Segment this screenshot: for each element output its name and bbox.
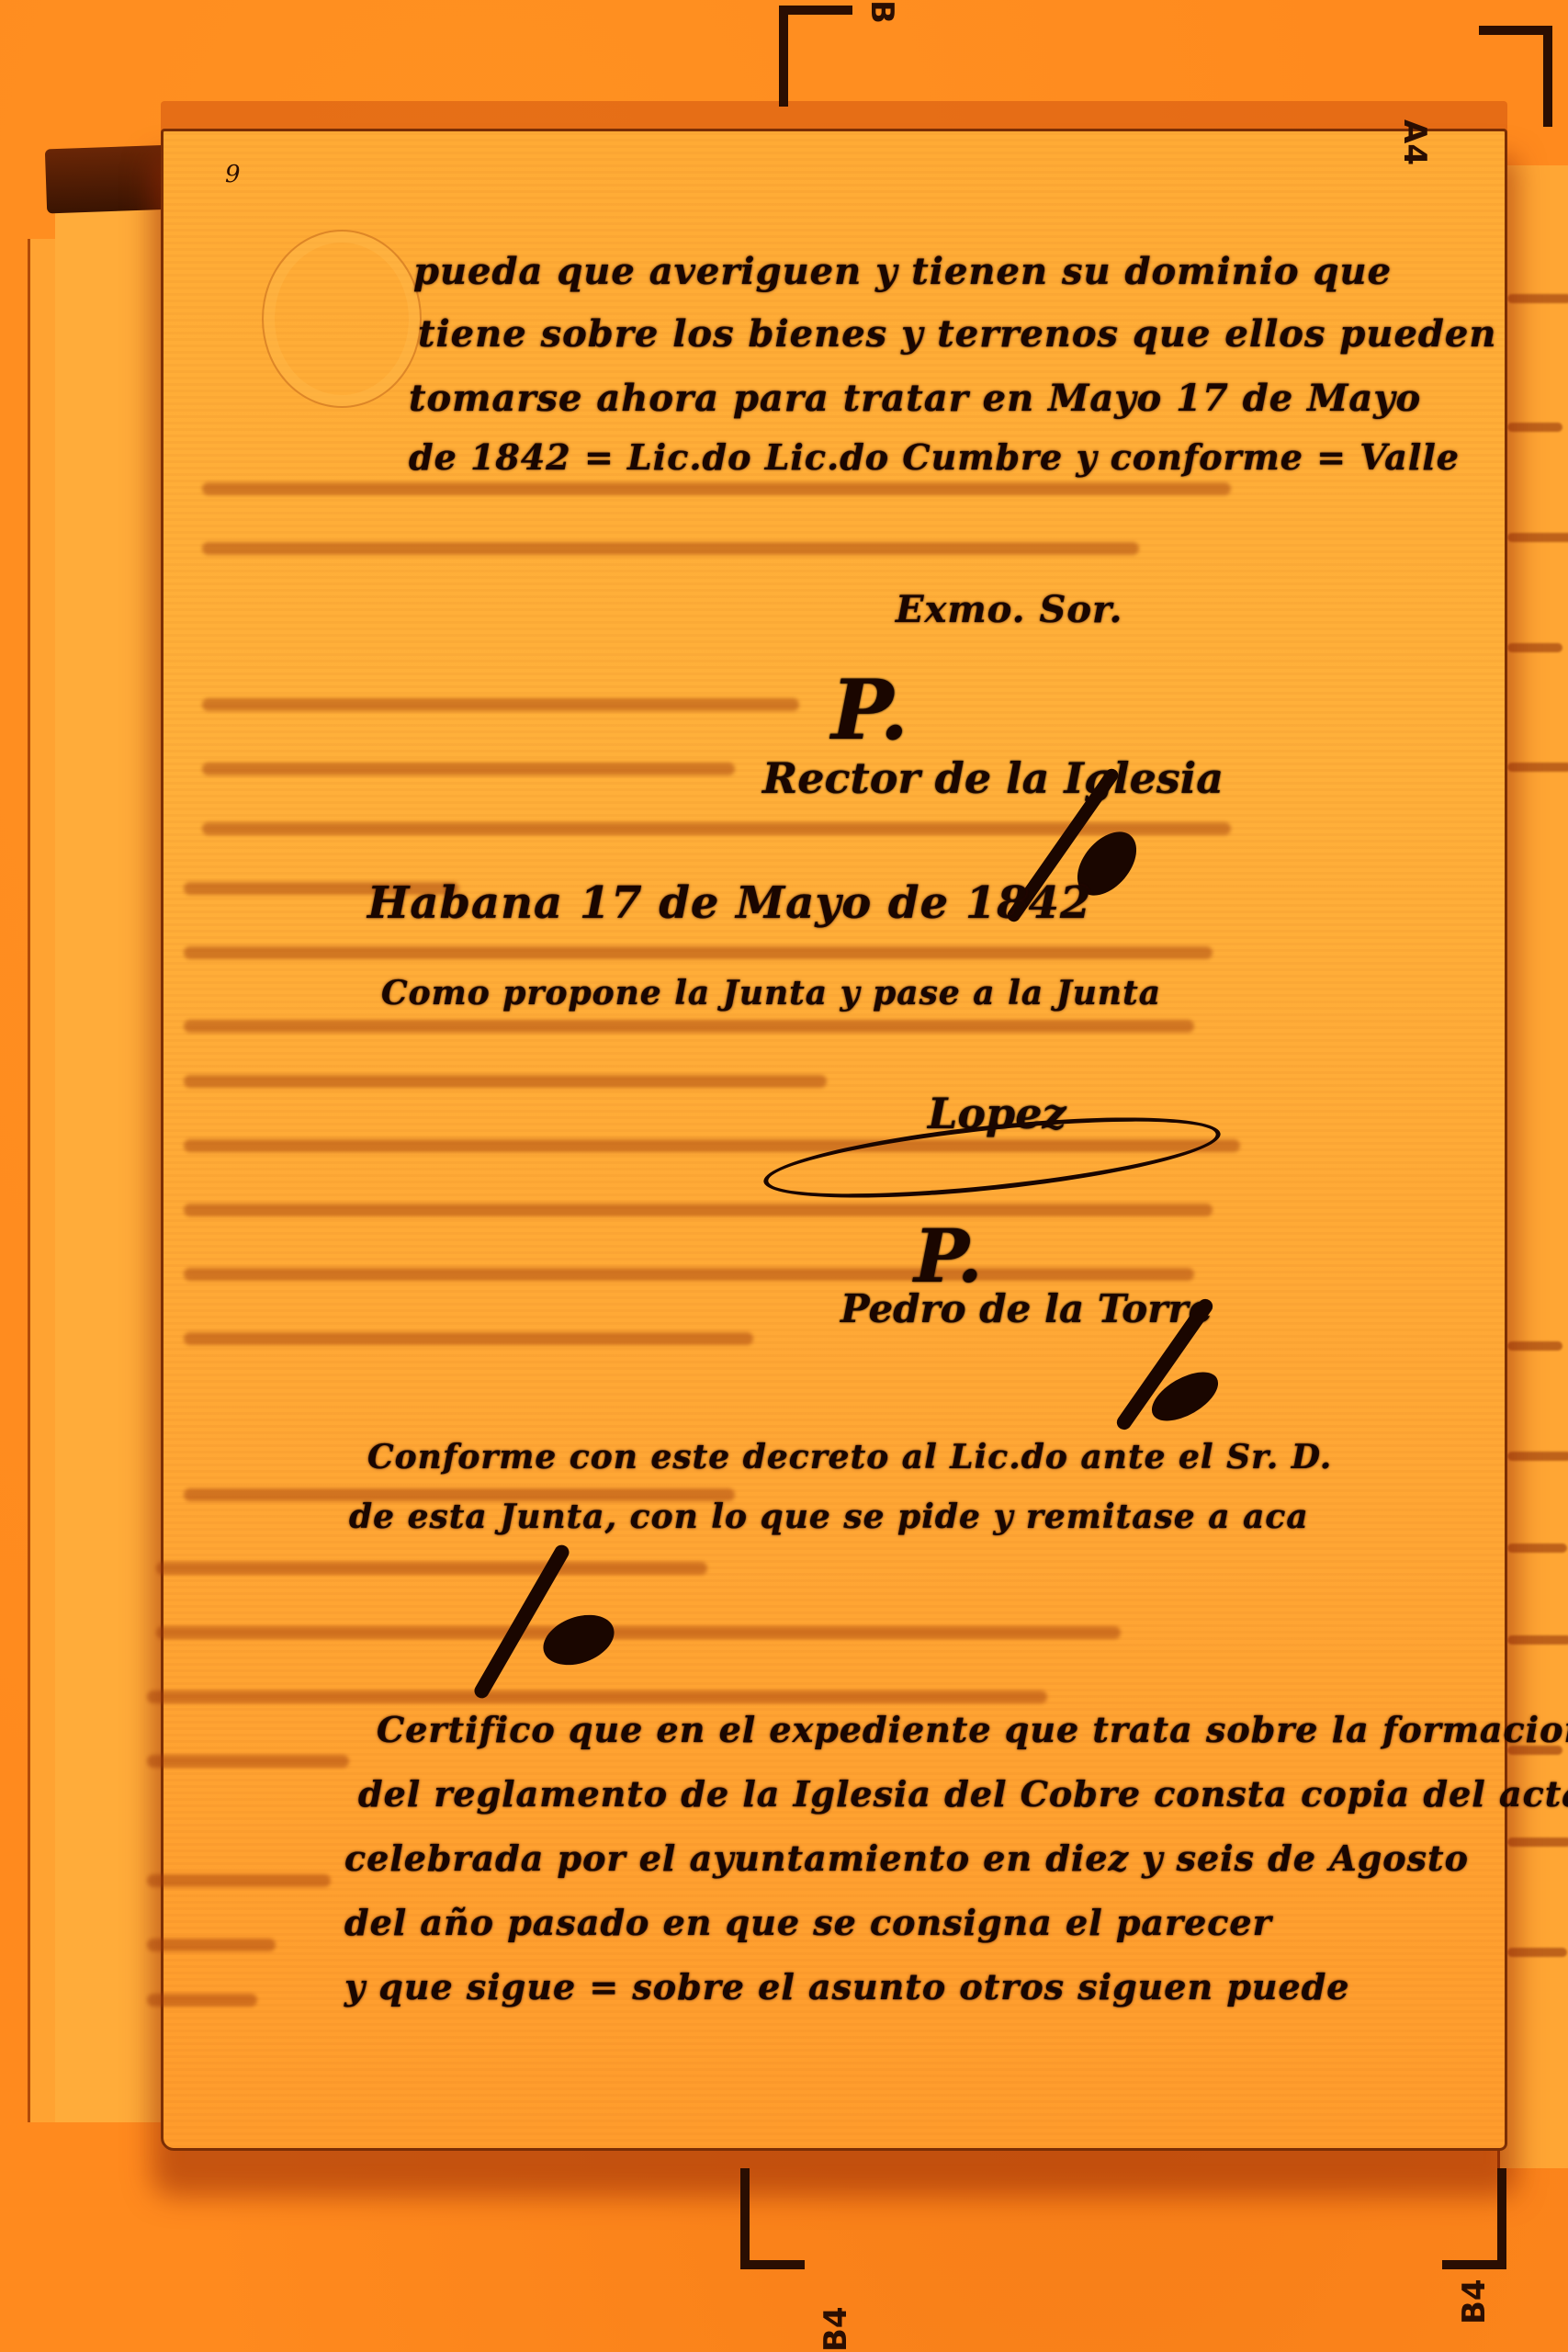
marker-label-top-left: B	[863, 0, 900, 24]
binding-clip	[45, 145, 175, 214]
salutation: Exmo. Sor.	[896, 588, 1122, 631]
folio-number: 9	[225, 161, 241, 188]
note-line: Conforme con este decreto al Lic.do ante…	[367, 1438, 1332, 1476]
signature-initial: P.	[831, 661, 908, 759]
text-line: tomarse ahora para tratar en Mayo 17 de …	[409, 377, 1421, 420]
text-line: de 1842 = Lic.do Lic.do Cumbre y conform…	[409, 436, 1460, 478]
text-line: pueda que averiguen y tienen su dominio …	[413, 250, 1392, 293]
certification-line: Certifico que en el expediente que trata…	[377, 1709, 1568, 1750]
marker-label-bottom-right: B4	[1456, 2278, 1493, 2324]
note-line: de esta Junta, con lo que se pide y remi…	[349, 1498, 1309, 1536]
adjacent-page	[1497, 165, 1568, 2168]
crop-marker-top-left	[779, 6, 852, 107]
signature-name: Rector de la Iglesia	[762, 753, 1224, 803]
certification-line: y que sigue = sobre el asunto otros sigu…	[344, 1966, 1349, 2007]
crop-marker-top-right	[1479, 26, 1552, 127]
marker-label-top-right: A4	[1396, 119, 1433, 165]
marker-label-bottom-left: B4	[818, 2306, 854, 2352]
date-line: Habana 17 de Mayo de 1842	[367, 877, 1091, 929]
crop-marker-bottom-right	[1442, 2168, 1506, 2269]
certification-line: celebrada por el ayuntamiento en diez y …	[344, 1837, 1469, 1879]
certification-line: del reglamento de la Iglesia del Cobre c…	[358, 1773, 1568, 1815]
signature-name: Pedro de la Torre	[840, 1286, 1213, 1331]
embossed-seal	[262, 230, 422, 408]
crop-marker-bottom-left	[740, 2168, 805, 2269]
certification-line: del año pasado en que se consigna el par…	[344, 1902, 1272, 1943]
text-line: tiene sobre los bienes y terrenos que el…	[418, 312, 1496, 356]
decree-line: Como propone la Junta y pase a la Junta	[381, 974, 1161, 1012]
